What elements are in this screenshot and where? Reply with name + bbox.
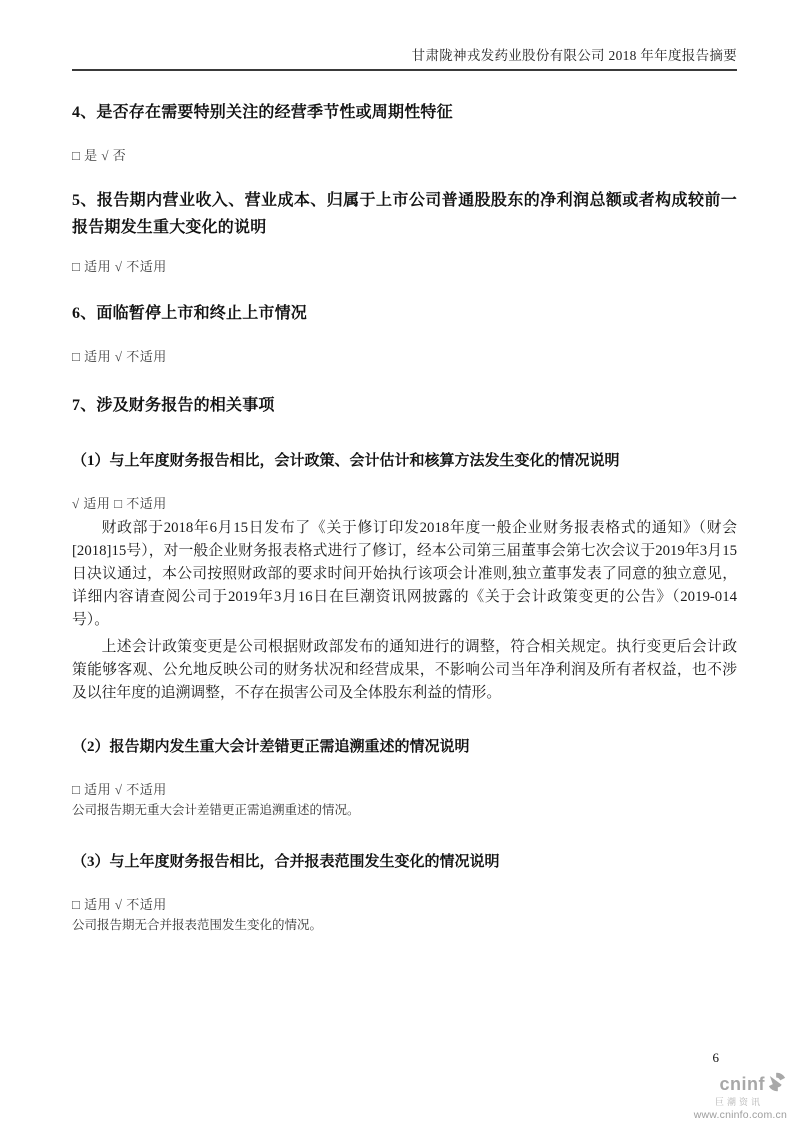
document-page: 甘肃陇神戎发药业股份有限公司 2018 年年度报告摘要 4、是否存在需要特别关注…: [0, 0, 793, 1122]
section-6-heading: 6、面临暂停上市和终止上市情况: [72, 300, 737, 327]
cninfo-logo-row: cninf: [677, 1072, 787, 1096]
section-7-3-heading: （3）与上年度财务报告相比，合并报表范围发生变化的情况说明: [72, 850, 737, 875]
section-6-choice: □ 适用 √ 不适用: [72, 347, 737, 366]
section-7-3-choice: □ 适用 √ 不适用: [72, 895, 737, 914]
section-7-heading: 7、涉及财务报告的相关事项: [72, 392, 737, 419]
section-7-1-choice: √ 适用 □ 不适用: [72, 494, 737, 513]
section-7-2-heading: （2）报告期内发生重大会计差错更正需追溯重述的情况说明: [72, 735, 737, 760]
page-header-title: 甘肃陇神戎发药业股份有限公司 2018 年年度报告摘要: [72, 0, 737, 71]
cninfo-swirl-icon: [767, 1072, 787, 1096]
section-4-choice: □ 是 √ 否: [72, 146, 737, 165]
cninfo-logo: cninf 巨潮资讯 www.cninfo.com.cn: [677, 1072, 787, 1121]
cninfo-logo-chinese: 巨潮资讯: [677, 1098, 763, 1107]
cninfo-logo-url: www.cninfo.com.cn: [677, 1110, 787, 1121]
section-7-1-paragraph-1: 财政部于2018年6月15日发布了《关于修订印发2018年度一般企业财务报表格式…: [72, 517, 737, 632]
page-number: 6: [713, 1050, 720, 1066]
cninfo-logo-wordmark: cninf: [720, 1075, 766, 1093]
section-7-1-heading: （1）与上年度财务报告相比，会计政策、会计估计和核算方法发生变化的情况说明: [72, 449, 737, 474]
section-7-2-note: 公司报告期无重大会计差错更正需追溯重述的情况。: [72, 801, 737, 820]
section-4-heading: 4、是否存在需要特别关注的经营季节性或周期性特征: [72, 99, 737, 126]
section-7-3-note: 公司报告期无合并报表范围发生变化的情况。: [72, 916, 737, 935]
section-7-2-choice: □ 适用 √ 不适用: [72, 780, 737, 799]
section-5-heading: 5、报告期内营业收入、营业成本、归属于上市公司普通股股东的净利润总额或者构成较前…: [72, 187, 737, 241]
section-7-1-paragraph-2: 上述会计政策变更是公司根据财政部发布的通知进行的调整，符合相关规定。执行变更后会…: [72, 636, 737, 705]
section-5-choice: □ 适用 √ 不适用: [72, 257, 737, 276]
